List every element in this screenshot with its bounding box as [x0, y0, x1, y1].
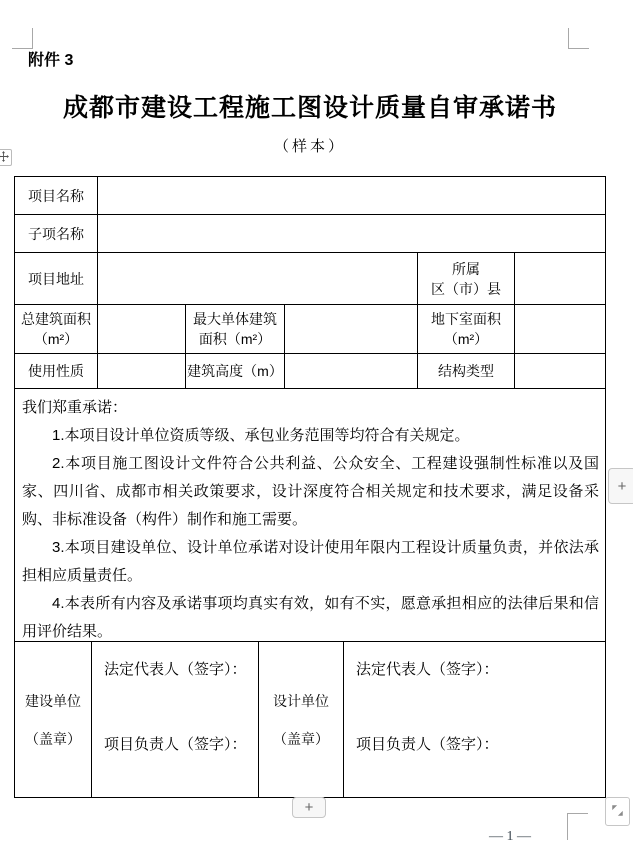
total-area-value-cell[interactable] [98, 305, 186, 354]
builder-stamp-label-cell: 建设单位 （盖章） [15, 642, 92, 798]
building-height-label-cell: 建筑高度（m） [186, 354, 285, 389]
basement-area-value-cell[interactable] [515, 305, 606, 354]
project-name-value-cell[interactable] [98, 177, 606, 215]
margin-corner-mark-top-right [568, 28, 589, 49]
table-move-handle[interactable] [0, 149, 12, 166]
sample-subtitle: （样本） [14, 135, 606, 156]
address-value-cell[interactable] [98, 253, 418, 305]
margin-corner-mark-bottom-right [567, 813, 588, 840]
commitment-item-2: 2.本项目施工图设计文件符合公共利益、公众安全、工程建设强制性标准以及国家、四川… [22, 450, 599, 534]
district-label-cell: 所属 区（市）县 [418, 253, 515, 305]
commitment-item-1: 1.本项目设计单位资质等级、承包业务范围等均符合有关规定。 [22, 422, 599, 450]
info-table: 项目名称 子项名称 项目地址 所属 区（市）县 总建筑面积 （m²） 最大单体建… [14, 176, 606, 642]
structure-type-value-cell[interactable] [515, 354, 606, 389]
structure-type-label-cell: 结构类型 [418, 354, 515, 389]
document-page: 附件 3 成都市建设工程施工图设计质量自审承诺书 （样本） 项目名称 子项名称 … [0, 0, 633, 854]
max-unit-area-label-cell: 最大单体建筑 面积（m²） [186, 305, 285, 354]
insert-row-button[interactable]: + [292, 797, 326, 818]
insert-column-button[interactable]: + [608, 468, 633, 504]
attachment-label: 附件 3 [28, 47, 73, 70]
builder-signature-cell[interactable]: 法定代表人（签字）： 项目负责人（签字）： [92, 642, 259, 798]
designer-signature-cell[interactable]: 法定代表人（签字）： 项目负责人（签字）： [344, 642, 606, 798]
sub-project-label-cell: 子项名称 [15, 215, 98, 253]
project-name-label-cell: 项目名称 [15, 177, 98, 215]
address-label-cell: 项目地址 [15, 253, 98, 305]
district-value-cell[interactable] [515, 253, 606, 305]
max-unit-area-value-cell[interactable] [285, 305, 418, 354]
page-title: 成都市建设工程施工图设计质量自审承诺书 [14, 88, 606, 124]
plus-icon: + [618, 479, 627, 494]
basement-area-label-cell: 地下室面积 （m²） [418, 305, 515, 354]
diagonal-resize-icon [610, 803, 625, 821]
builder-project-lead-label: 项目负责人（签字）： [104, 735, 258, 755]
page-number: — 1 — [465, 829, 555, 845]
building-height-value-cell[interactable] [285, 354, 418, 389]
designer-project-lead-label: 项目负责人（签字）： [356, 735, 605, 755]
designer-stamp-label-cell: 设计单位 （盖章） [259, 642, 344, 798]
signature-table: 建设单位 （盖章） 法定代表人（签字）： 项目负责人（签字）： 设计单位 （盖章… [14, 641, 606, 798]
commitment-item-4: 4.本表所有内容及承诺事项均真实有效，如有不实，愿意承担相应的法律后果和信用评价… [22, 590, 599, 646]
plus-icon: + [305, 800, 314, 815]
commitment-intro: 我们郑重承诺： [22, 394, 599, 422]
total-area-label-cell: 总建筑面积 （m²） [15, 305, 98, 354]
commitment-item-3: 3.本项目建设单位、设计单位承诺对设计使用年限内工程设计质量负责，并依法承担相应… [22, 534, 599, 590]
table-resize-handle[interactable] [605, 797, 630, 826]
usage-value-cell[interactable] [98, 354, 186, 389]
builder-legal-rep-label: 法定代表人（签字）： [104, 660, 258, 680]
designer-legal-rep-label: 法定代表人（签字）： [356, 660, 605, 680]
move-arrows-icon [0, 149, 9, 167]
margin-corner-mark-top-left [12, 28, 33, 49]
commitment-text-cell: 我们郑重承诺： 1.本项目设计单位资质等级、承包业务范围等均符合有关规定。 2.… [15, 389, 606, 642]
usage-label-cell: 使用性质 [15, 354, 98, 389]
sub-project-value-cell[interactable] [98, 215, 606, 253]
